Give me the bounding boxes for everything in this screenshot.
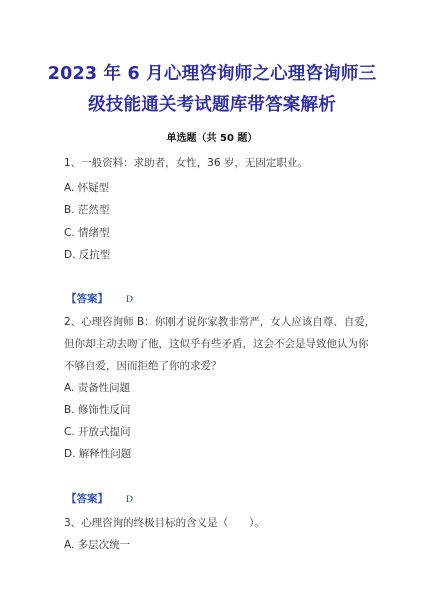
question-2-stem-line-1: 2、心理咨询师 B：你刚才说你家教非常严，女人应该自尊、自爱， [64,314,375,329]
answer-value: D [126,295,133,305]
question-2-option-d: D. 解释性问题 [64,446,131,461]
question-1-option-d: D. 反抗型 [64,247,110,262]
question-2-answer: 【答案】D [66,491,133,506]
question-1-stem: 1、一般资料：求助者，女性，36 岁，无固定职业。 [64,155,308,170]
answer-label: 【答案】 [66,293,108,305]
question-3-stem: 3、心理咨询的终极目标的含义是（ ）。 [64,515,265,530]
question-1-answer: 【答案】D [66,291,133,306]
question-1-option-b: B. 茫然型 [64,202,109,217]
document-title-line-2: 级技能通关考试题库带答案解析 [0,91,424,116]
document-title-line-1: 2023 年 6 月心理咨询师之心理咨询师三 [0,60,424,85]
question-2-option-c: C. 开放式提问 [64,424,131,439]
question-1-option-c: C. 情绪型 [64,225,110,240]
section-header: 单选题（共 50 题） [0,129,424,144]
question-1-option-a: A. 怀疑型 [64,180,109,195]
question-3-option-a: A. 多层次统一 [64,537,130,552]
answer-label: 【答案】 [66,493,108,505]
answer-value: D [126,495,133,505]
question-2-option-b: B. 修饰性反问 [64,402,130,417]
question-2-stem-line-3: 不够自爱，因而拒绝了你的求爱？ [64,358,222,373]
question-2-option-a: A. 责备性问题 [64,380,130,395]
document-page: 2023 年 6 月心理咨询师之心理咨询师三 级技能通关考试题库带答案解析 单选… [0,0,424,600]
question-2-stem-line-2: 但你却主动去吻了他，这似乎有些矛盾，这会不会是导致他认为你 [64,336,369,351]
